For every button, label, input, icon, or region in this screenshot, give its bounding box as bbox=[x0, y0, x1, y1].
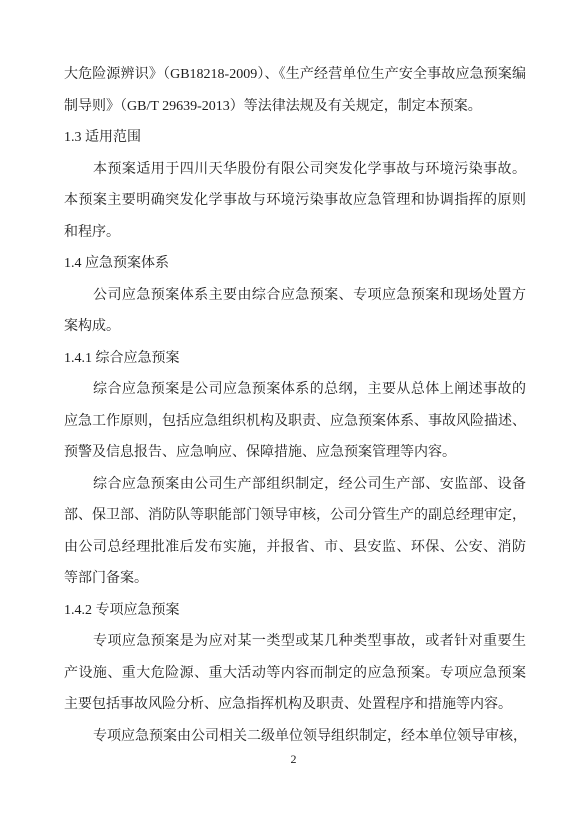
text-line: 案构成。 bbox=[64, 311, 526, 343]
text-line: 大危险源辨识》（GB18218-2009）、《生产经营单位生产安全事故应急预案编 bbox=[64, 59, 526, 91]
text-line: 综合应急预案由公司生产部组织制定，经公司生产部、安监部、设备 bbox=[64, 469, 526, 501]
text-line: 应急工作原则，包括应急组织机构及职责、应急预案体系、事故风险描述、 bbox=[64, 406, 526, 438]
page-footer: 2 bbox=[0, 750, 587, 768]
section-heading-1-3: 1.3 适用范围 bbox=[64, 122, 526, 154]
text-line: 预警及信息报告、应急响应、保障措施、应急预案管理等内容。 bbox=[64, 437, 526, 469]
text-line: 由公司总经理批准后发布实施，并报省、市、县安监、环保、公安、消防 bbox=[64, 532, 526, 564]
text-line: 主要包括事故风险分析、应急指挥机构及职责、处置程序和措施等内容。 bbox=[64, 689, 526, 721]
document-page: 大危险源辨识》（GB18218-2009）、《生产经营单位生产安全事故应急预案编… bbox=[0, 0, 587, 827]
text-line: 本预案主要明确突发化学事故与环境污染事故应急管理和协调指挥的原则 bbox=[64, 185, 526, 217]
text-line: 综合应急预案是公司应急预案体系的总纲，主要从总体上阐述事故的 bbox=[64, 374, 526, 406]
section-heading-1-4: 1.4 应急预案体系 bbox=[64, 248, 526, 280]
text-line: 本预案适用于四川天华股份有限公司突发化学事故与环境污染事故。 bbox=[64, 154, 526, 186]
text-line: 产设施、重大危险源、重大活动等内容而制定的应急预案。专项应急预案 bbox=[64, 658, 526, 690]
text-line: 专项应急预案由公司相关二级单位领导组织制定，经本单位领导审核， bbox=[64, 721, 526, 753]
text-line: 和程序。 bbox=[64, 217, 526, 249]
section-heading-1-4-2: 1.4.2 专项应急预案 bbox=[64, 595, 526, 627]
text-line: 等部门备案。 bbox=[64, 563, 526, 595]
text-line: 公司应急预案体系主要由综合应急预案、专项应急预案和现场处置方 bbox=[64, 280, 526, 312]
section-heading-1-4-1: 1.4.1 综合应急预案 bbox=[64, 343, 526, 375]
text-line: 部、保卫部、消防队等职能部门领导审核，公司分管生产的副总经理审定， bbox=[64, 500, 526, 532]
text-line: 专项应急预案是为应对某一类型或某几种类型事故，或者针对重要生 bbox=[64, 626, 526, 658]
text-line: 制导则》（GB/T 29639-2013）等法律法规及有关规定，制定本预案。 bbox=[64, 91, 526, 123]
page-body: 大危险源辨识》（GB18218-2009）、《生产经营单位生产安全事故应急预案编… bbox=[64, 59, 526, 752]
page-number: 2 bbox=[291, 752, 297, 766]
